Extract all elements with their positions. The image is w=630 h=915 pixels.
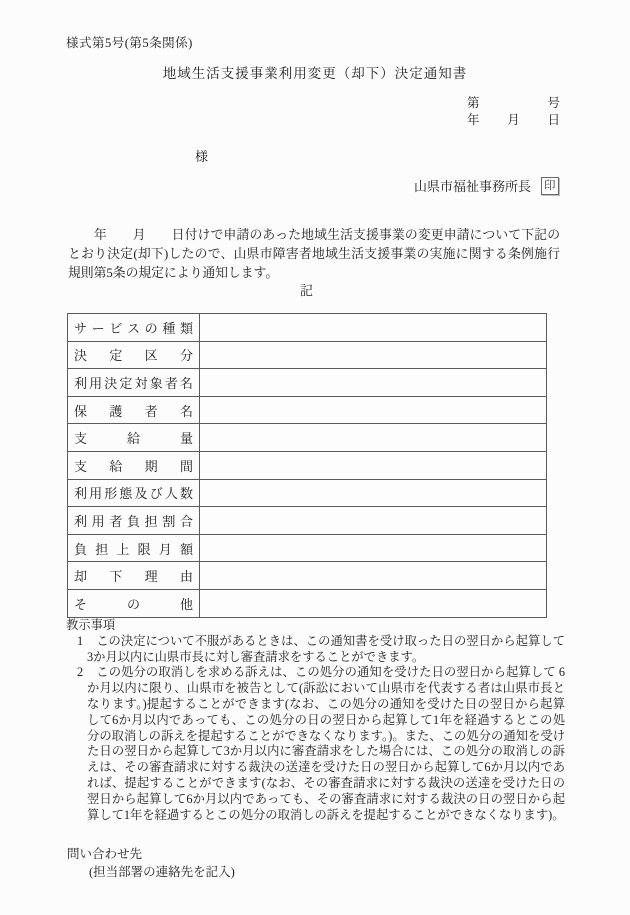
- row-value-cell: [200, 534, 547, 562]
- row-value-cell: [200, 479, 547, 507]
- row-value-cell: [200, 589, 547, 617]
- body-paragraph: 年 月 日付けで申請のあった地域生活支援事業の変更申請について下記のとおり決定(…: [68, 226, 560, 283]
- row-label: 負担上限月額: [74, 539, 193, 558]
- date-day-label: 日: [547, 112, 560, 129]
- row-label: 利用形態及び人数: [74, 483, 193, 502]
- date-blank-line: 年 月 日: [467, 112, 560, 129]
- table-row: 利用者負担割合: [68, 507, 547, 535]
- row-label: 却下理由: [74, 566, 193, 585]
- row-label-cell: その他: [68, 589, 200, 617]
- notice-section: 教示事項 1この決定について不服があるときは、この通知書を受け取った日の翌日から…: [68, 618, 565, 823]
- seal-box: 印: [541, 177, 559, 195]
- row-label: 決定区分: [74, 345, 193, 364]
- row-label-cell: 却下理由: [68, 562, 200, 590]
- row-label-cell: 利用者負担割合: [68, 507, 200, 535]
- document-page: 様式第5号(第5条関係) 地域生活支援事業利用変更（却下）決定通知書 第 号 年…: [0, 0, 630, 915]
- row-value-cell: [200, 424, 547, 452]
- table-row: 保護者名: [68, 396, 547, 424]
- row-label-cell: 支給期間: [68, 451, 200, 479]
- table-row: その他: [68, 589, 547, 617]
- body-date-blank: 年 月 日: [68, 228, 185, 242]
- contact-note: (担当部署の連絡先を記入): [89, 863, 235, 881]
- contact-heading: 問い合わせ先: [67, 845, 235, 863]
- row-label: 保護者名: [74, 401, 193, 420]
- issuer-line: 山県市福祉事務所長 印: [414, 176, 559, 195]
- row-label: 利用決定対象者名: [74, 373, 193, 392]
- row-label: サービスの種類: [74, 318, 193, 337]
- row-label-cell: 決定区分: [68, 341, 200, 369]
- contact-section: 問い合わせ先 (担当部署の連絡先を記入): [67, 845, 235, 881]
- doc-number-suffix: 号: [547, 95, 560, 112]
- notice-item-1: 1この決定について不服があるときは、この通知書を受け取った日の翌日から起算して3…: [87, 634, 565, 666]
- row-label-cell: 保護者名: [68, 396, 200, 424]
- row-label-cell: 利用形態及び人数: [68, 479, 200, 507]
- form-number: 様式第5号(第5条関係): [66, 33, 193, 51]
- row-label: その他: [74, 594, 193, 613]
- table-row: 却下理由: [68, 562, 547, 590]
- notice-item-number: 1: [77, 634, 83, 648]
- row-label: 支給期間: [74, 456, 193, 475]
- table-row: 負担上限月額: [68, 534, 547, 562]
- row-value-cell: [200, 562, 547, 590]
- doc-number-date-block: 第 号 年 月 日: [467, 95, 560, 129]
- row-value-cell: [200, 314, 547, 342]
- row-value-cell: [200, 507, 547, 535]
- row-value-cell: [200, 341, 547, 369]
- notice-heading: 教示事項: [66, 618, 565, 634]
- table-row: 支給量: [68, 424, 547, 452]
- doc-number-prefix: 第: [467, 95, 480, 112]
- row-value-cell: [200, 451, 547, 479]
- row-label-cell: サービスの種類: [68, 314, 200, 342]
- table-row: 支給期間: [68, 451, 547, 479]
- row-label: 利用者負担割合: [74, 511, 193, 530]
- table-row: 決定区分: [68, 341, 547, 369]
- notice-item-2: 2この処分の取消しを求める訴えは、この処分の通知を受けた日の翌日から起算して 6…: [87, 665, 565, 823]
- row-label-cell: 利用決定対象者名: [68, 369, 200, 397]
- row-label: 支給量: [74, 428, 193, 447]
- notice-item-number: 2: [77, 665, 83, 679]
- addressee-honorific: 様: [195, 146, 208, 165]
- table-row: サービスの種類: [68, 314, 547, 342]
- decision-table: サービスの種類 決定区分 利用決定対象者名 保護者名 支給量 支給期間: [67, 313, 547, 618]
- row-value-cell: [200, 396, 547, 424]
- document-title: 地域生活支援事業利用変更（却下）決定通知書: [0, 62, 630, 82]
- date-year-label: 年: [467, 112, 480, 129]
- row-value-cell: [200, 369, 547, 397]
- row-label-cell: 支給量: [68, 424, 200, 452]
- notice-item-text: この決定について不服があるときは、この通知書を受け取った日の翌日から起算して3か…: [87, 634, 565, 664]
- row-label-cell: 負担上限月額: [68, 534, 200, 562]
- table-row: 利用決定対象者名: [68, 369, 547, 397]
- ki-heading: 記: [0, 280, 614, 299]
- notice-item-text: この処分の取消しを求める訴えは、この処分の通知を受けた日の翌日から起算して 6か…: [87, 665, 565, 821]
- table-row: 利用形態及び人数: [68, 479, 547, 507]
- date-month-label: 月: [507, 112, 520, 129]
- doc-number-line: 第 号: [467, 95, 560, 112]
- issuer-title: 山県市福祉事務所長: [414, 176, 531, 195]
